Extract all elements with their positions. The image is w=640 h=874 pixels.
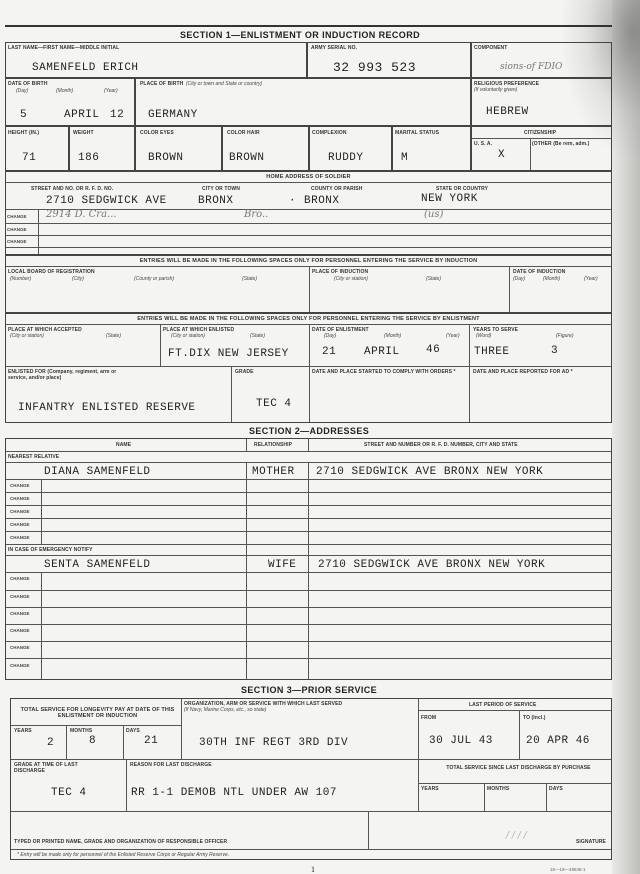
longevity-years-label: YEARS xyxy=(14,728,32,734)
addresses-table: NAME RELATIONSHIP STREET AND NUMBER OR R… xyxy=(5,438,612,680)
enlisted-hint-city: (City or station) xyxy=(171,333,205,339)
hair-cell: COLOR HAIR BROWN xyxy=(222,126,309,171)
purchase-label: TOTAL SERVICE SINCE LAST DISCHARGE BY PU… xyxy=(441,765,596,771)
from-value: 30 JUL 43 xyxy=(429,735,493,747)
purchase-days-label: DAYS xyxy=(549,786,563,792)
last-grade-value: TEC 4 xyxy=(51,787,87,799)
component-label: COMPONENT xyxy=(474,45,507,51)
signature-label: SIGNATURE xyxy=(576,839,606,845)
longevity-months: 8 xyxy=(89,735,96,747)
dob-day: 5 xyxy=(20,109,27,121)
induction-banner: ENTRIES WILL BE MADE IN THE FOLLOWING SP… xyxy=(6,258,611,264)
home-address-block: HOME ADDRESS OF SOLDIER STREET AND No. O… xyxy=(5,171,612,255)
hair-value: BROWN xyxy=(229,152,265,164)
enlisted-place-value: FT.DIX NEW JERSEY xyxy=(168,348,289,360)
home-street: 2710 SEDGWICK AVE xyxy=(46,195,167,207)
signature-mark: / / / / xyxy=(506,831,527,841)
induction-date-hint-day: (Day) xyxy=(513,276,525,282)
nearest-change-2: CHANGE xyxy=(10,496,30,501)
induction-block: ENTRIES WILL BE MADE IN THE FOLLOWING SP… xyxy=(5,255,612,313)
enlistment-month: APRIL xyxy=(364,346,400,358)
emergency-change-3: CHANGE xyxy=(10,611,30,616)
page-number: 1 xyxy=(311,865,315,874)
emergency-change-6: CHANGE xyxy=(10,663,30,668)
induction-place-hint-state: (State) xyxy=(426,276,441,282)
complexion-cell: COMPLEXION RUDDY xyxy=(309,126,392,171)
accepted-hint-city: (City or station) xyxy=(10,333,44,339)
to-value: 20 APR 46 xyxy=(526,735,590,747)
addr-col-address: STREET AND NUMBER OR R. F. D. NUMBER, CI… xyxy=(364,442,518,448)
induction-board-hint-state: (State) xyxy=(242,276,257,282)
grade-label: GRADE xyxy=(235,369,254,375)
addr-col-relationship: RELATIONSHIP xyxy=(254,442,292,448)
religion-value: HEBREW xyxy=(486,106,529,118)
home-col-state: STATE OR COUNTRY xyxy=(436,186,488,192)
home-change-1-state: (us) xyxy=(424,209,443,220)
emergency-change-4: CHANGE xyxy=(10,628,30,633)
pob-value: GERMANY xyxy=(148,109,198,121)
longevity-months-label: MONTHS xyxy=(70,728,92,734)
org-value: 30TH INF REGT 3RD DIV xyxy=(199,737,348,749)
dob-year: 12 xyxy=(110,109,124,121)
section2-title: SECTION 2—ADDRESSES xyxy=(249,426,369,436)
home-change-label-1: CHANGE xyxy=(7,214,27,219)
induction-place-hint-city: (City or station) xyxy=(334,276,368,282)
component-cell: COMPONENT sions-of FDIO xyxy=(471,42,612,78)
induction-board-hint-city: (City) xyxy=(72,276,84,282)
weight-value: 186 xyxy=(78,152,99,164)
eyes-label: COLOR EYES xyxy=(140,130,174,136)
footnote: * Entry will be made only for personnel … xyxy=(17,852,229,858)
complexion-value: RUDDY xyxy=(328,152,364,164)
reason-value: RR 1-1 DEMOB NTL UNDER AW 107 xyxy=(131,787,337,799)
home-county: BRONX xyxy=(304,195,340,207)
section3-title: SECTION 3—PRIOR SERVICE xyxy=(241,685,377,695)
accepted-hint-state: (State) xyxy=(106,333,121,339)
induction-board-label: LOCAL BOARD OF REGISTRATION xyxy=(8,269,95,275)
induction-date-hint-month: (Month) xyxy=(543,276,560,282)
religion-cell: RELIGIOUS PREFERENCE (If voluntarily giv… xyxy=(471,78,612,126)
home-state: NEW YORK xyxy=(421,193,478,205)
section1-title: SECTION 1—ENLISTMENT OR INDUCTION RECORD xyxy=(180,30,420,40)
to-label: TO (Incl.) xyxy=(523,715,546,721)
serial-value: 32 993 523 xyxy=(333,60,416,75)
dob-year-label: (Year) xyxy=(104,88,118,94)
induction-date-label: DATE OF INDUCTION xyxy=(513,269,565,275)
citizenship-label: CITIZENSHIP xyxy=(524,130,556,136)
emergency-change-2: CHANGE xyxy=(10,594,30,599)
name-value: SAMENFELD ERICH xyxy=(32,62,139,74)
org-hint: (If Navy, Marine Corps, etc., so state) xyxy=(184,707,266,713)
height-label: HEIGHT (In.) xyxy=(8,130,39,136)
home-change-label-2: CHANGE xyxy=(7,227,27,232)
citizenship-usa-value: X xyxy=(498,149,505,161)
enlistment-record-form: SECTION 1—ENLISTMENT OR INDUCTION RECORD… xyxy=(5,25,612,860)
longevity-days-label: DAYS xyxy=(126,728,140,734)
longevity-days: 21 xyxy=(144,735,158,747)
nearest-relative-label: NEAREST RELATIVE xyxy=(8,454,59,460)
pob-hint: (City or town and State or country) xyxy=(186,81,262,87)
marital-label: MARITAL STATUS xyxy=(395,130,439,136)
component-value: sions-of FDIO xyxy=(500,62,562,72)
enlistment-date-hint-day: (Day) xyxy=(324,333,336,339)
officer-label: TYPED OR PRINTED NAME, GRADE AND ORGANIZ… xyxy=(14,839,227,845)
enlistment-date-hint-month: (Month) xyxy=(384,333,401,339)
enlistment-banner: ENTRIES WILL BE MADE IN THE FOLLOWING SP… xyxy=(6,316,611,322)
dob-cell: DATE OF BIRTH (Day) (Month) (Year) 5 APR… xyxy=(5,78,135,126)
years-to-serve-word: THREE xyxy=(474,346,510,358)
emergency-relationship: WIFE xyxy=(268,559,296,571)
nearest-relationship: MOTHER xyxy=(252,466,295,478)
enlistment-day: 21 xyxy=(322,346,336,358)
induction-date-hint-year: (Year) xyxy=(584,276,598,282)
home-col-county: COUNTY OR PARISH xyxy=(311,186,362,192)
years-hint-word: (Word) xyxy=(476,333,491,339)
dob-month-label: (Month) xyxy=(56,88,73,94)
induction-place-label: PLACE OF INDUCTION xyxy=(312,269,368,275)
home-address-title: HOME ADDRESS OF SOLDIER xyxy=(6,174,611,180)
years-hint-figure: (Figure) xyxy=(556,333,574,339)
from-label: FROM xyxy=(421,715,436,721)
weight-label: WEIGHT xyxy=(73,130,94,136)
last-grade-label: GRADE AT TIME OF LAST DISCHARGE xyxy=(14,762,104,774)
citizenship-other-label: (OTHER (Be rem, adm.) xyxy=(532,141,589,147)
home-change-label-3: CHANGE xyxy=(7,239,27,244)
nearest-name: DIANA SAMENFELD xyxy=(44,466,151,478)
name-label: LAST NAME—FIRST NAME—MIDDLE INITIAL xyxy=(8,45,119,51)
prior-service-block: TOTAL SERVICE FOR LONGEVITY PAY AT DATE … xyxy=(10,698,612,860)
comply-label: DATE AND PLACE STARTED TO COMPLY WITH OR… xyxy=(312,369,462,375)
home-col-city: CITY OR TOWN xyxy=(202,186,240,192)
addr-col-name: NAME xyxy=(116,442,131,448)
hair-label: COLOR HAIR xyxy=(227,130,260,136)
nearest-change-4: CHANGE xyxy=(10,522,30,527)
induction-board-hint-county: (County or parish) xyxy=(134,276,174,282)
enlisted-for-value: INFANTRY ENLISTED RESERVE xyxy=(18,402,196,414)
enlistment-date-hint-year: (Year) xyxy=(446,333,460,339)
home-county-prefix: · xyxy=(289,195,296,207)
home-col-street: STREET AND No. OR R. F. D. No. xyxy=(31,186,113,192)
last-period-label: LAST PERIOD OF SERVICE xyxy=(469,702,536,708)
purchase-years-label: YEARS xyxy=(421,786,439,792)
longevity-label: TOTAL SERVICE FOR LONGEVITY PAY AT DATE … xyxy=(15,707,180,719)
serial-cell: ARMY SERIAL NO. 32 993 523 xyxy=(307,42,471,78)
home-change-1-city: Bro.. xyxy=(244,209,268,220)
emergency-change-5: CHANGE xyxy=(10,645,30,650)
height-value: 71 xyxy=(22,152,36,164)
nearest-address: 2710 SEDGWICK AVE BRONX NEW YORK xyxy=(316,466,543,478)
grade-value: TEC 4 xyxy=(256,398,292,410)
dob-label: DATE OF BIRTH xyxy=(8,81,48,87)
complexion-label: COMPLEXION xyxy=(312,130,347,136)
home-change-1-street: 2914 D. Cra... xyxy=(46,209,117,220)
enlisted-for-label: ENLISTED FOR (Company, regiment, arm or … xyxy=(8,369,128,381)
nearest-change-5: CHANGE xyxy=(10,535,30,540)
citizenship-cell: CITIZENSHIP U. S. A. X (OTHER (Be rem, a… xyxy=(471,126,612,171)
form-code: 16—19—49848-1 xyxy=(550,867,586,872)
reason-label: REASON FOR LAST DISCHARGE xyxy=(130,762,212,768)
enlisted-hint-state: (State) xyxy=(250,333,265,339)
marital-value: M xyxy=(401,152,408,164)
serial-label: ARMY SERIAL NO. xyxy=(311,45,357,51)
dob-day-label: (Day) xyxy=(16,88,28,94)
name-cell: LAST NAME—FIRST NAME—MIDDLE INITIAL SAME… xyxy=(5,42,307,78)
reported-label: DATE AND PLACE REPORTED FOR AD * xyxy=(473,369,573,375)
dob-month: APRIL xyxy=(64,109,100,121)
emergency-address: 2710 SEDGWICK AVE BRONX NEW YORK xyxy=(318,559,545,571)
induction-board-hint-number: (Number) xyxy=(10,276,31,282)
nearest-change-1: CHANGE xyxy=(10,483,30,488)
longevity-years: 2 xyxy=(47,737,54,749)
religion-hint: (If voluntarily given) xyxy=(474,87,517,93)
enlistment-date-label: DATE OF ENLISTMENT xyxy=(312,327,369,333)
emergency-change-1: CHANGE xyxy=(10,576,30,581)
emergency-label: IN CASE OF EMERGENCY NOTIFY xyxy=(8,547,93,553)
emergency-name: SENTA SAMENFELD xyxy=(44,559,151,571)
eyes-value: BROWN xyxy=(148,152,184,164)
citizenship-usa-label: U. S. A. xyxy=(474,141,492,147)
enlistment-year: 46 xyxy=(426,344,440,356)
enlistment-block: ENTRIES WILL BE MADE IN THE FOLLOWING SP… xyxy=(5,313,612,423)
years-to-serve-figure: 3 xyxy=(551,345,558,357)
purchase-months-label: MONTHS xyxy=(487,786,509,792)
pob-label: PLACE OF BIRTH xyxy=(140,81,183,87)
home-city: BRONX xyxy=(198,195,234,207)
pob-cell: PLACE OF BIRTH (City or town and State o… xyxy=(135,78,471,126)
weight-cell: WEIGHT 186 xyxy=(69,126,135,171)
height-cell: HEIGHT (In.) 71 xyxy=(5,126,69,171)
marital-cell: MARITAL STATUS M xyxy=(392,126,471,171)
eyes-cell: COLOR EYES BROWN xyxy=(135,126,222,171)
nearest-change-3: CHANGE xyxy=(10,509,30,514)
